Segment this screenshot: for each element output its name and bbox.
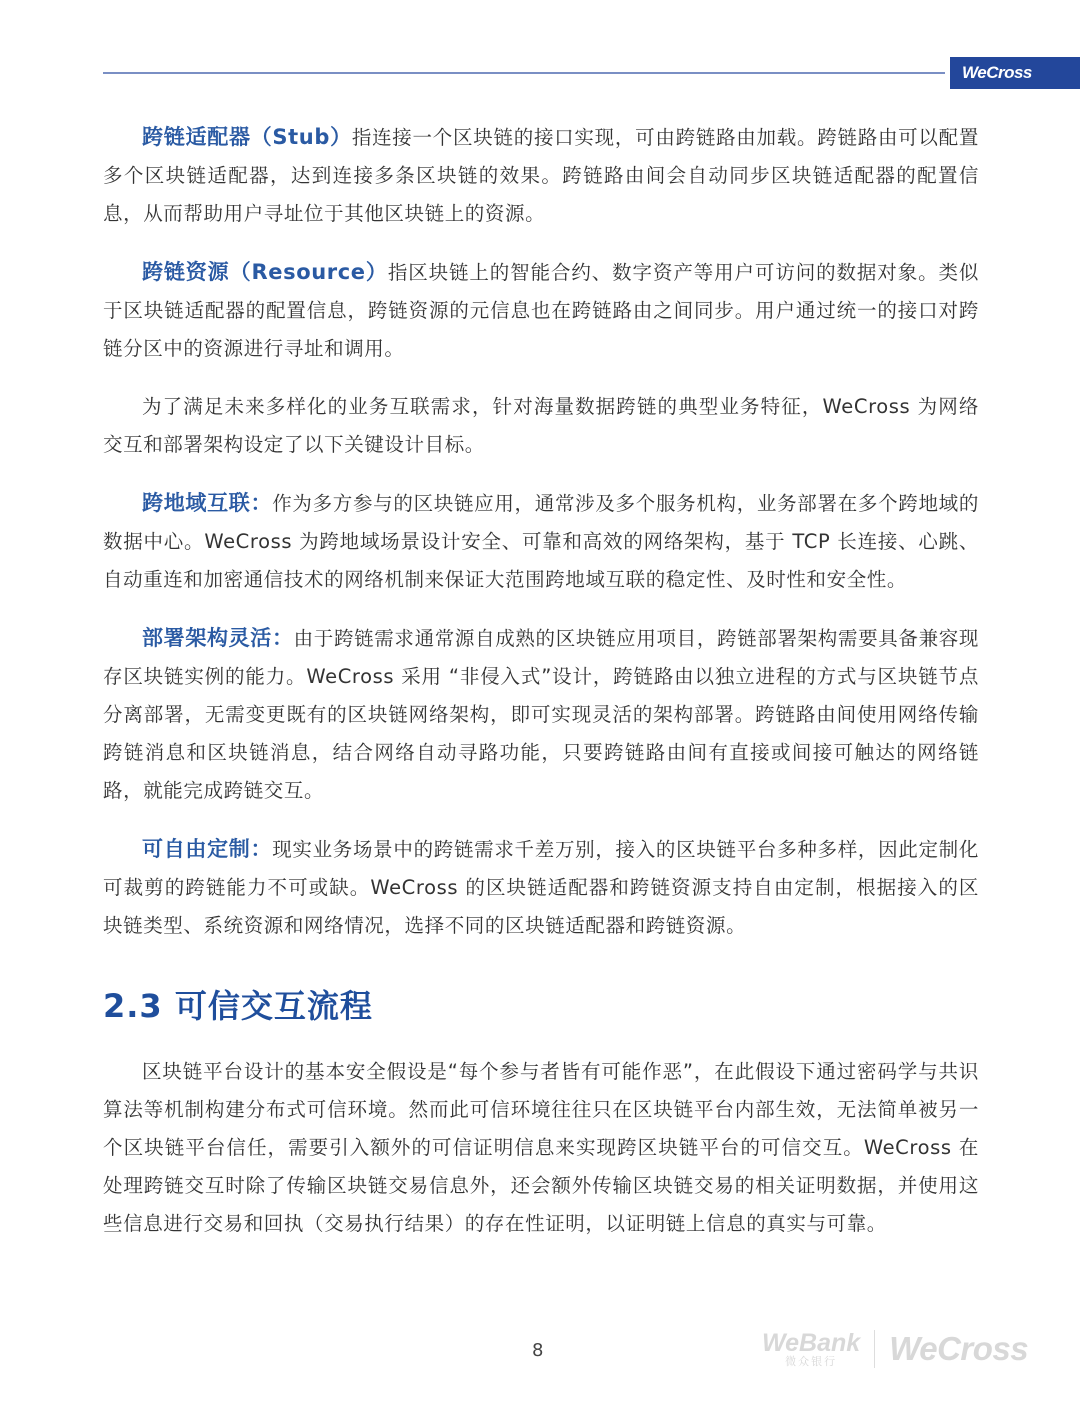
webank-logo-en: WeBank	[762, 1331, 860, 1355]
paragraph-customizable: 可自由定制：现实业务场景中的跨链需求千差万别，接入的区块链平台多种多样，因此定制…	[103, 830, 979, 945]
paragraph-flexible-deployment: 部署架构灵活：由于跨链需求通常源自成熟的区块链应用项目，跨链部署架构需要具备兼容…	[103, 619, 979, 810]
paragraph-stub: 跨链适配器（Stub）指连接一个区块链的接口实现，可由跨链路由加载。跨链路由可以…	[103, 118, 979, 233]
term-customizable: 可自由定制：	[142, 837, 272, 861]
term-resource: 跨链资源（Resource）	[142, 260, 388, 284]
term-cross-region: 跨地域互联：	[142, 491, 272, 515]
paragraph-resource: 跨链资源（Resource）指区块链上的智能合约、数字资产等用户可访问的数据对象…	[103, 253, 979, 368]
wecross-logo-text: WeCross	[962, 63, 1032, 83]
term-flexible-deployment: 部署架构灵活：	[142, 626, 294, 650]
paragraph-cross-region: 跨地域互联：作为多方参与的区块链应用，通常涉及多个服务机构，业务部署在多个跨地域…	[103, 484, 979, 599]
document-body: 跨链适配器（Stub）指连接一个区块链的接口实现，可由跨链路由加载。跨链路由可以…	[103, 118, 979, 1263]
header-rule	[103, 72, 945, 74]
term-stub: 跨链适配器（Stub）	[142, 125, 352, 149]
paragraph-design-goals-intro: 为了满足未来多样化的业务互联需求，针对海量数据跨链的典型业务特征，WeCross…	[103, 388, 979, 464]
wecross-header-logo: WeCross	[950, 57, 1080, 89]
page-number: 8	[532, 1340, 543, 1361]
webank-logo: WeBank 微众银行	[762, 1331, 860, 1368]
footer-divider	[874, 1330, 875, 1368]
paragraph-text: 区块链平台设计的基本安全假设是“每个参与者皆有可能作恶”，在此假设下通过密码学与…	[103, 1060, 979, 1235]
section-title: 2.3 可信交互流程	[103, 981, 979, 1027]
paragraph-text: 由于跨链需求通常源自成熟的区块链应用项目，跨链部署架构需要具备兼容现存区块链实例…	[103, 627, 979, 802]
wecross-footer-logo: WeCross	[889, 1330, 1028, 1368]
webank-logo-cn: 微众银行	[785, 1355, 837, 1368]
paragraph-text: 为了满足未来多样化的业务互联需求，针对海量数据跨链的典型业务特征，WeCross…	[103, 395, 979, 456]
paragraph-trusted-interaction: 区块链平台设计的基本安全假设是“每个参与者皆有可能作恶”，在此假设下通过密码学与…	[103, 1053, 979, 1243]
footer-logos: WeBank 微众银行 WeCross	[762, 1330, 1028, 1368]
